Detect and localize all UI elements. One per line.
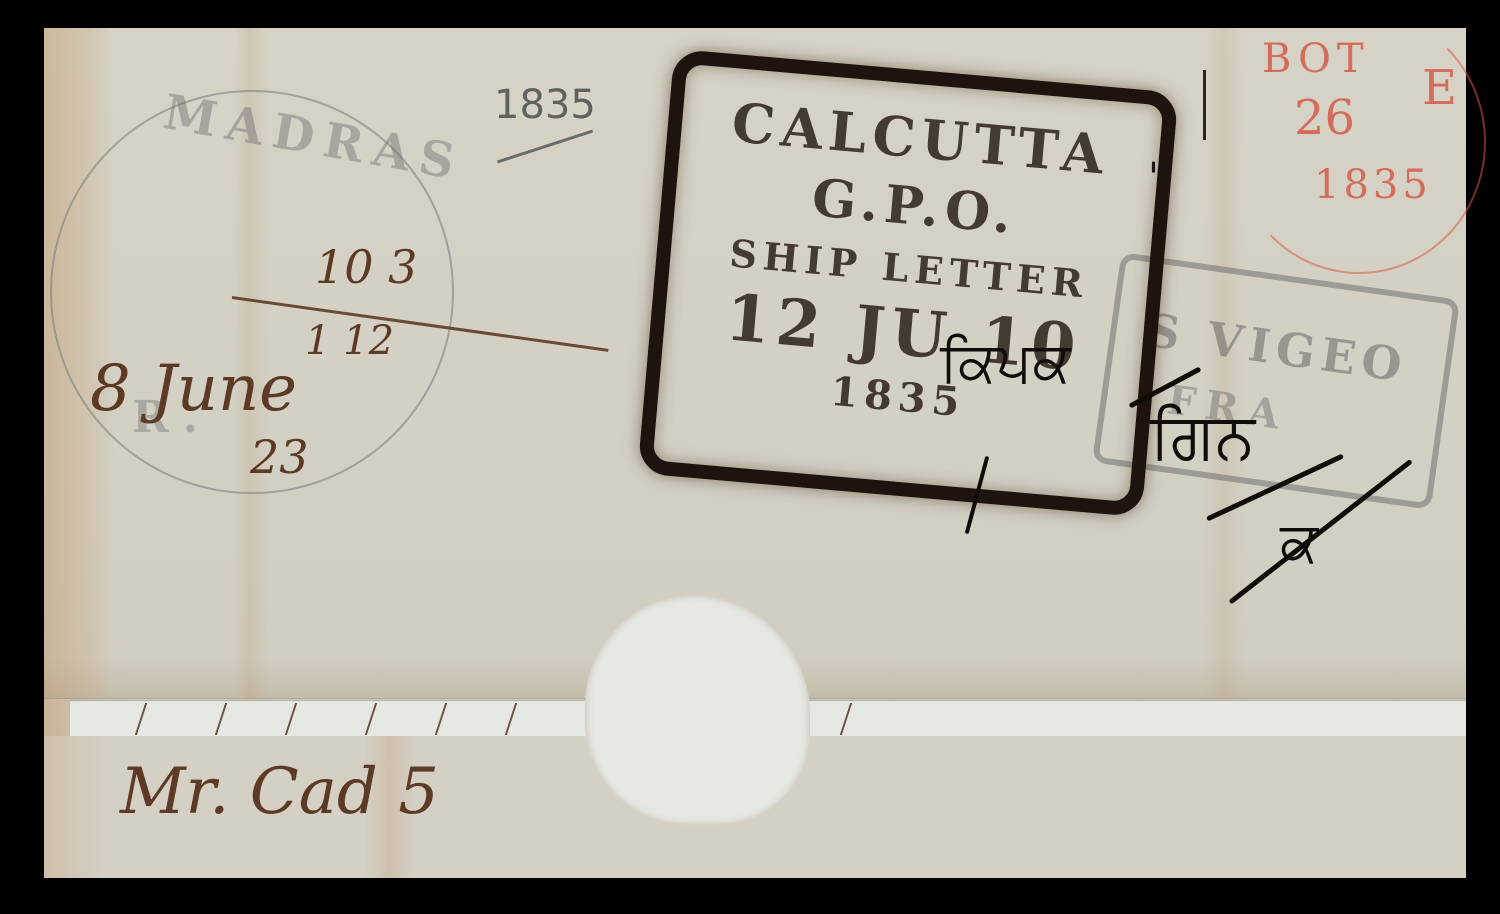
manuscript-rate-top: 10 3 [315,240,417,294]
red-datestamp-top: BOT [1262,36,1370,82]
ink-tick [285,703,297,735]
script-annotation-2: ਗਿਨ [1150,400,1255,474]
ink-tick [435,703,447,735]
red-datestamp: BOT 26 E 1835 [1232,10,1486,274]
manuscript-day-number: 23 [250,430,309,484]
calcutta-gpo-ship-letter-stamp: CALCUTTA G.P.O. SHIP LETTER 12 JU 10 183… [637,49,1178,517]
ink-tick [215,703,227,735]
ink-tick [135,703,147,735]
red-datestamp-letter: E [1422,60,1457,116]
manuscript-received-date: 8 June [90,352,297,426]
manuscript-rate-bottom: 1 12 [305,318,394,364]
ink-tick [365,703,377,735]
ditto-mark: " [1148,155,1166,201]
ink-tick [840,703,852,735]
red-datestamp-year: 1835 [1314,162,1432,208]
pencil-year-note: 1835 [494,82,596,128]
manuscript-signature: Mr. Cad 5 [120,755,439,829]
script-annotation-3: ਕ [1280,510,1318,576]
ink-mark [1203,70,1206,140]
script-annotation-1: ਕਿਪਕ [940,330,1071,396]
red-datestamp-date: 26 [1294,90,1355,146]
ink-tick [505,703,517,735]
